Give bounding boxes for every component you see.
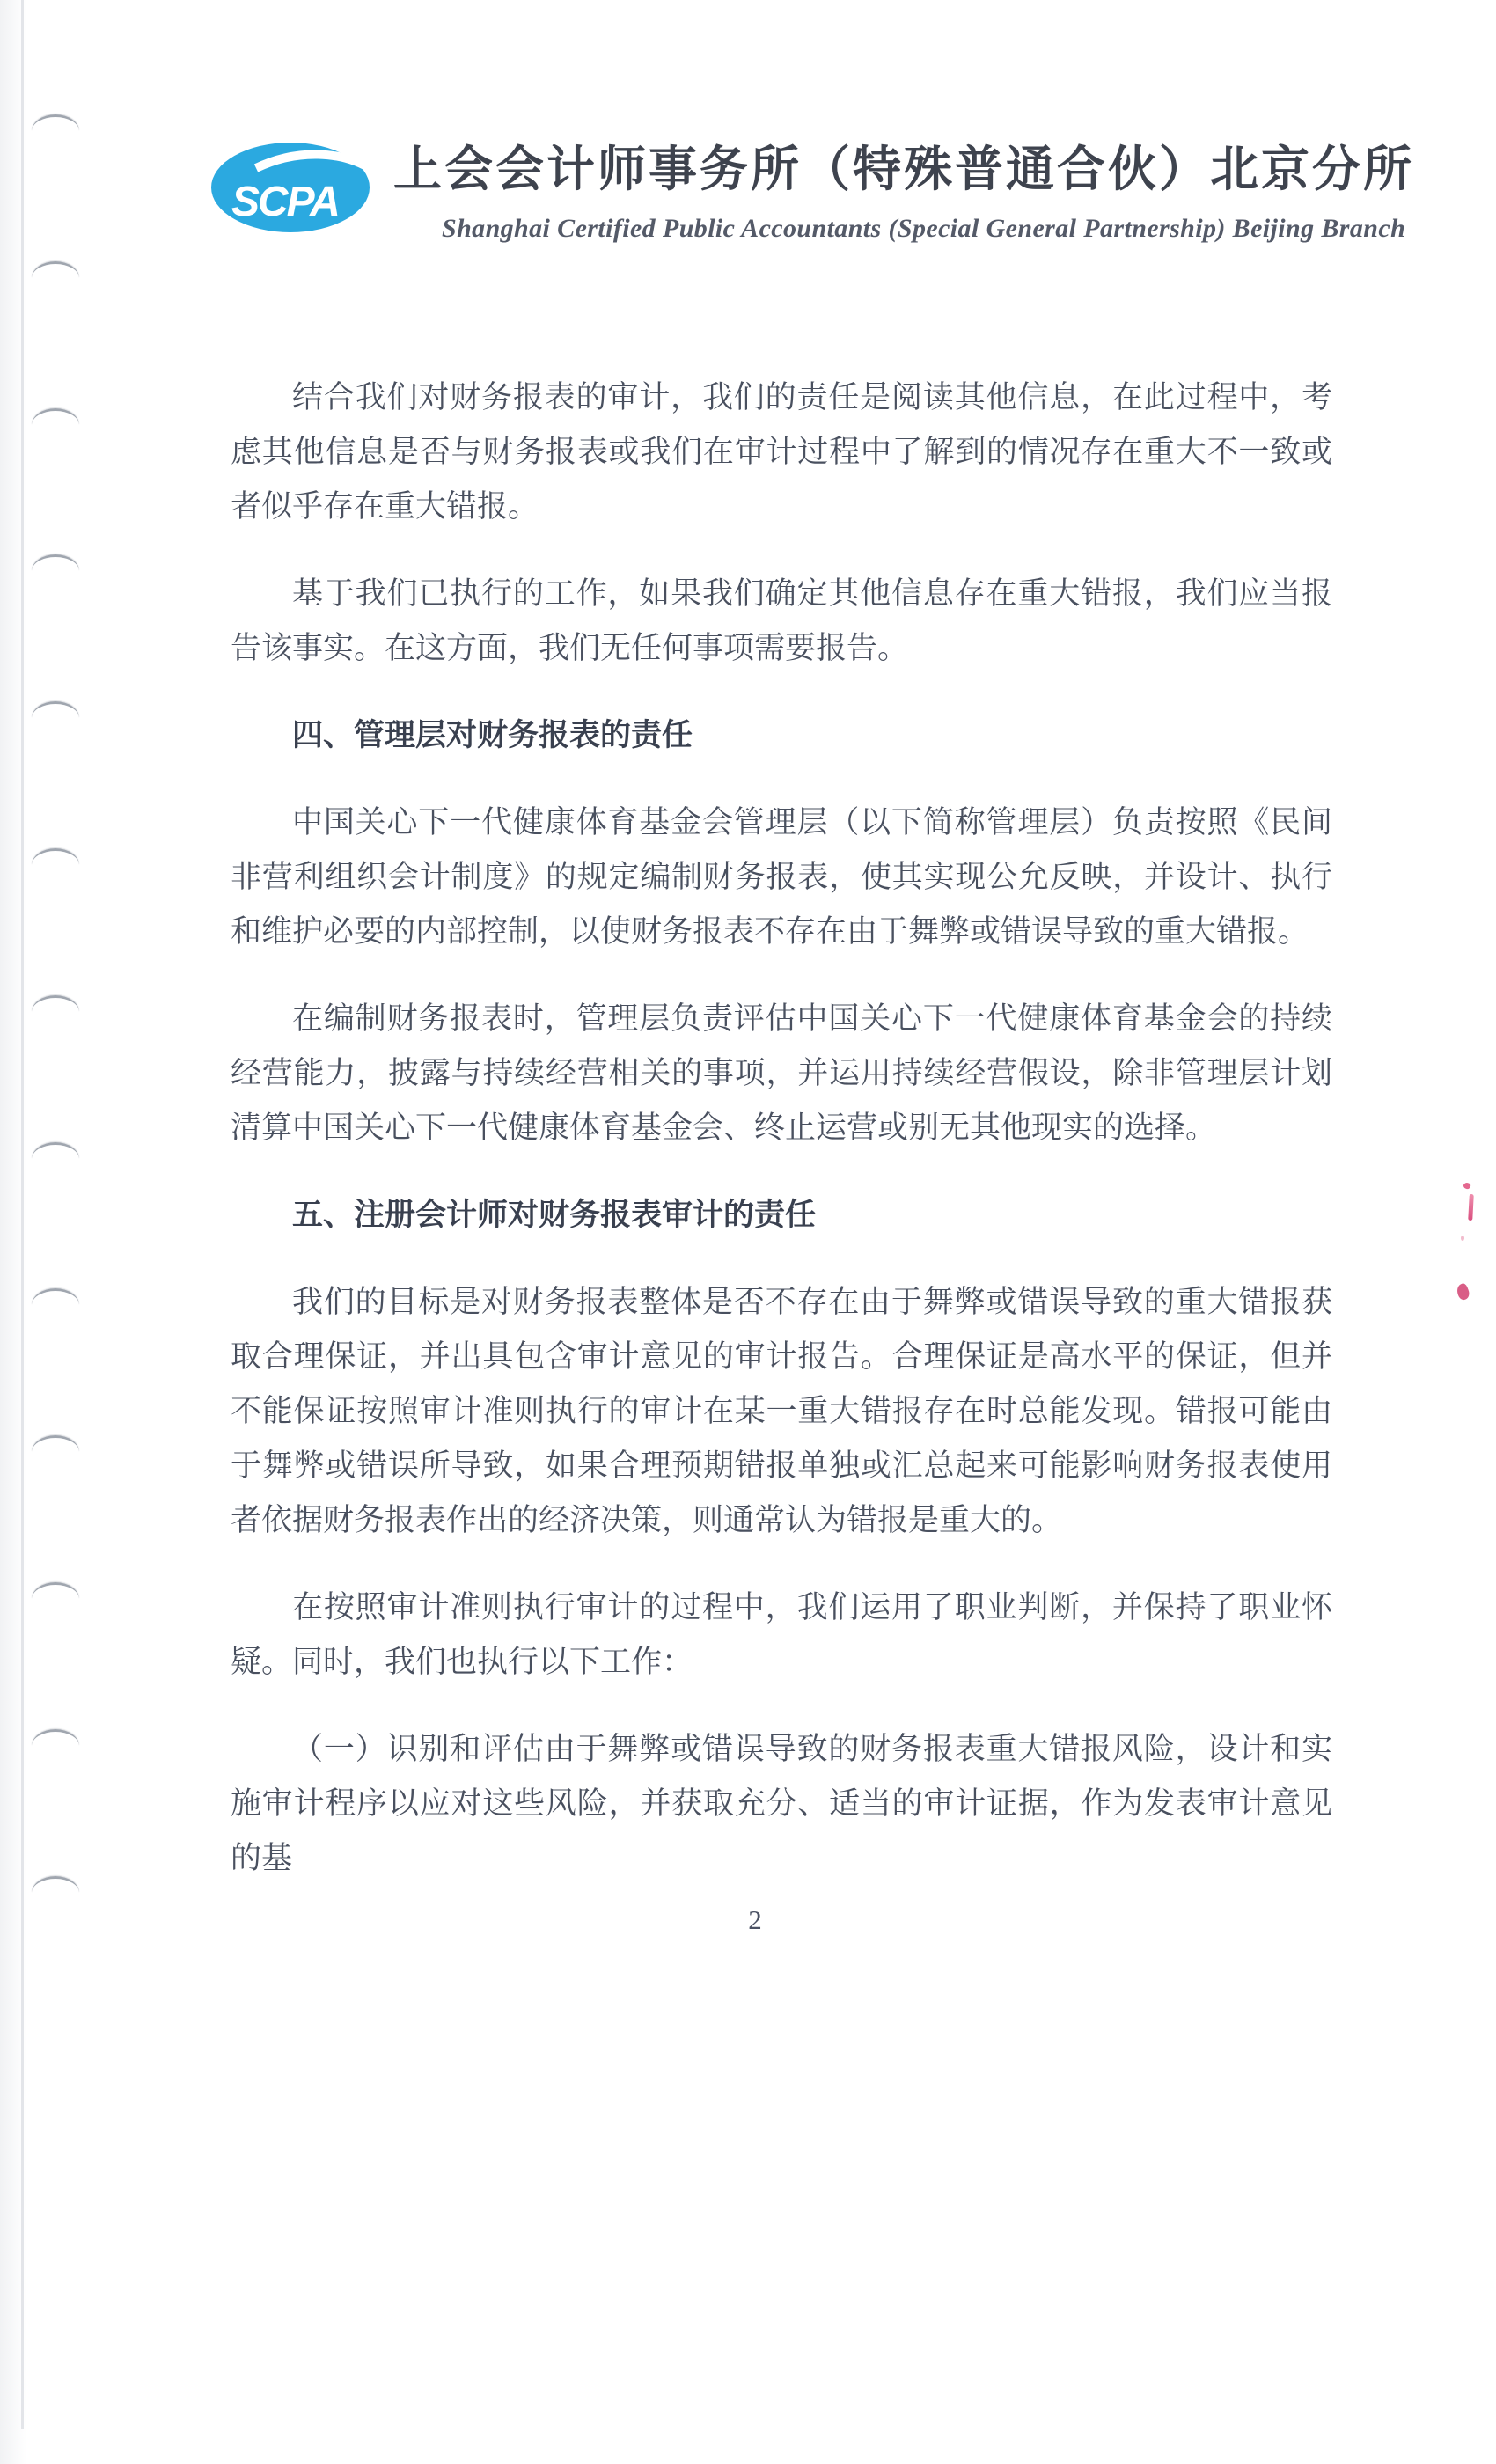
binding-hole-mark (32, 114, 79, 131)
firm-name-english: Shanghai Certified Public Accountants (S… (442, 214, 1405, 244)
firm-name-chinese: 上会会计师事务所（特殊普通合伙）北京分所 (393, 130, 1414, 200)
body-paragraph: 在按照审计准则执行审计的过程中，我们运用了职业判断，并保持了职业怀疑。同时，我们… (231, 1580, 1332, 1690)
ink-bleed-mark (1468, 1194, 1474, 1221)
page-number: 2 (0, 1904, 1496, 1936)
body-paragraph: 我们的目标是对财务报表整体是否不存在由于舞弊或错误导致的重大错报获取合理保证，并… (231, 1275, 1332, 1548)
body-paragraph: （一）识别和评估由于舞弊或错误导致的财务报表重大错报风险，设计和实施审计程序以应… (231, 1722, 1332, 1886)
binding-hole-mark (32, 261, 79, 278)
binding-hole-mark (32, 1876, 79, 1893)
binding-hole-mark (32, 701, 79, 718)
scanned-document-page: SCPA 上会会计师事务所（特殊普通合伙）北京分所 Shanghai Certi… (0, 0, 1496, 2464)
scpa-logo: SCPA (210, 142, 370, 233)
ink-bleed-mark (1461, 1236, 1464, 1241)
binding-hole-mark (32, 848, 79, 865)
binding-hole-mark (32, 995, 79, 1012)
body-paragraph: 在编制财务报表时，管理层负责评估中国关心下一代健康体育基金会的持续经营能力，披露… (231, 992, 1332, 1155)
logo-text: SCPA (231, 179, 339, 225)
binding-hole-mark (32, 1435, 79, 1452)
scan-edge-line (21, 0, 24, 2429)
binding-hole-mark (32, 554, 79, 571)
body-paragraph: 结合我们对财务报表的审计，我们的责任是阅读其他信息，在此过程中，考虑其他信息是否… (231, 370, 1332, 534)
binding-hole-mark (32, 1142, 79, 1159)
section-heading: 五、注册会计师对财务报表审计的责任 (231, 1188, 1332, 1243)
ink-bleed-mark (1463, 1182, 1471, 1190)
binding-hole-mark (32, 1729, 79, 1746)
binding-hole-mark (32, 1582, 79, 1599)
body-paragraph: 基于我们已执行的工作，如果我们确定其他信息存在重大错报，我们应当报告该事实。在这… (231, 567, 1332, 676)
body-paragraph: 中国关心下一代健康体育基金会管理层（以下简称管理层）负责按照《民间非营利组织会计… (231, 796, 1332, 959)
ink-bleed-mark (1455, 1282, 1471, 1302)
document-body: 结合我们对财务报表的审计，我们的责任是阅读其他信息，在此过程中，考虑其他信息是否… (231, 370, 1332, 1918)
binding-hole-mark (32, 408, 79, 425)
binding-hole-mark (32, 1288, 79, 1305)
section-heading: 四、管理层对财务报表的责任 (231, 708, 1332, 763)
